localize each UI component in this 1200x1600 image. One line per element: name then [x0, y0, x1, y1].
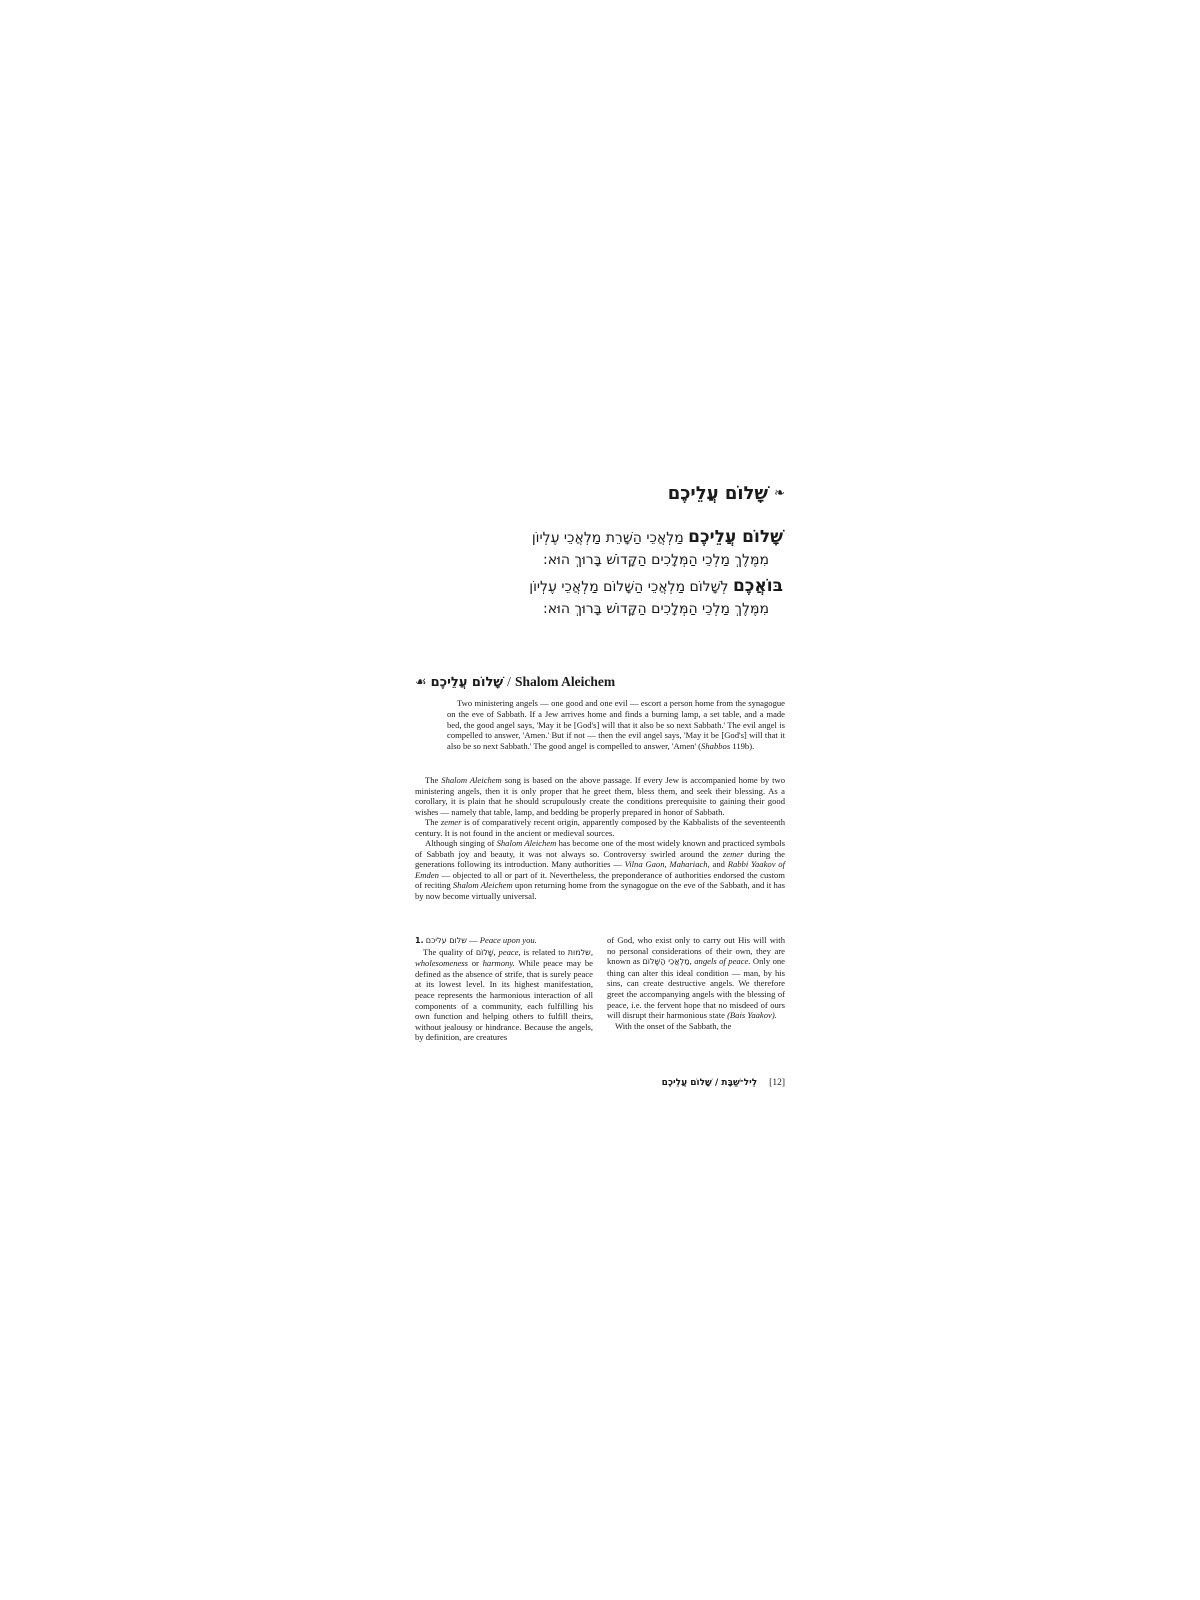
song-line: מִמֶּלֶךְ מַלְכֵי הַמְּלָכִים הַקָּדוֹשׁ…	[415, 598, 785, 620]
italic-text: Vilna Gaon, Mahariach,	[625, 859, 710, 869]
footnote-number: 1.	[415, 936, 424, 945]
text: —	[467, 935, 480, 945]
text: While peace may be defined as the absenc…	[415, 958, 593, 1042]
text: ,	[591, 947, 593, 957]
essay-paragraph: The Shalom Aleichem song is based on the…	[415, 775, 785, 817]
hebrew-word: שָׁלוֹם	[476, 948, 494, 957]
italic-text: zemer	[723, 849, 744, 859]
running-head: לֵיל־שַׁבָּת / שָׁלוֹם עֲלֵיכֶם	[662, 1078, 758, 1088]
italic-text: (Bais Yaakov).	[727, 1010, 777, 1020]
page-footer: לֵיל־שַׁבָּת / שָׁלוֹם עֲלֵיכֶם [12]	[662, 1078, 785, 1088]
song-line: בּוֹאֲכֶם לְשָׁלוֹם מַלְאֲכֵי הַשָּׁלוֹם…	[415, 575, 785, 598]
stanza-line-text: מַלְאֲכֵי הַשָּׁרֵת מַלְאֲכֵי עֶלְיוֹן	[532, 530, 688, 546]
italic-text: harmony.	[483, 958, 515, 968]
footnote-column-1: 1. שלום עליכם — Peace upon you. The qual…	[415, 935, 593, 1043]
book-page: שָׁלוֹם עֲלֵיכֶם ❧ שָׁלוֹם עֲלֵיכֶם מַלְ…	[415, 478, 785, 624]
italic-text: zemer	[441, 817, 462, 827]
commentary-heading: ☙ שָׁלוֹם עֲלֵיכֶם / Shalom Aleichem	[415, 674, 785, 690]
text: is of comparatively recent origin, appar…	[415, 817, 785, 838]
essay-paragraph: The zemer is of comparatively recent ori…	[415, 817, 785, 838]
stanza-lead-word: בּוֹאֲכֶם	[733, 576, 783, 596]
song-title-row: שָׁלוֹם עֲלֵיכֶם ❧	[415, 478, 785, 508]
song-line: שָׁלוֹם עֲלֵיכֶם מַלְאֲכֵי הַשָּׁרֵת מַל…	[415, 526, 785, 549]
lemma-english: Peace upon you.	[480, 935, 537, 945]
stanza-lead-word: שָׁלוֹם עֲלֵיכֶם	[688, 527, 783, 547]
hebrew-phrase: מַלְאֲכֵי הַשָּׁלוֹם	[642, 957, 689, 966]
italic-text: angels of peace.	[694, 956, 750, 966]
footnote-paragraph: of God, who exist only to carry out His …	[607, 935, 785, 1021]
song-line: מִמֶּלֶךְ מַלְכֵי הַמְּלָכִים הַקָּדוֹשׁ…	[415, 549, 785, 571]
stanza-line-text: לְשָׁלוֹם מַלְאֲכֵי הַשָּׁלוֹם מַלְאֲכֵי…	[529, 579, 733, 595]
lemma-hebrew: שלום עליכם	[426, 936, 467, 945]
song-stanza-1: שָׁלוֹם עֲלֵיכֶם מַלְאֲכֵי הַשָּׁרֵת מַל…	[415, 526, 785, 571]
footnote-paragraph: The quality of שָׁלוֹם, peace, is relate…	[415, 947, 593, 1043]
text: The	[425, 817, 441, 827]
essay-paragraph: Although singing of Shalom Aleichem has …	[415, 838, 785, 901]
italic-text: Shalom Aleichem	[453, 880, 513, 890]
text: or	[468, 958, 483, 968]
italic-text: Shalom Aleichem	[441, 775, 502, 785]
hebrew-word: שלמות	[568, 948, 591, 957]
text: and	[710, 859, 728, 869]
quote-source-title: Shabbos	[701, 741, 730, 751]
italic-text: wholesomeness	[415, 958, 468, 968]
fleuron-icon: ☙	[415, 675, 427, 690]
footnote-lemma: 1. שלום עליכם — Peace upon you.	[415, 935, 593, 947]
quote-source-ref: 119b).	[732, 741, 754, 751]
commentary-essay: The Shalom Aleichem song is based on the…	[415, 775, 785, 901]
title-separator: /	[507, 674, 511, 690]
song-text: שָׁלוֹם עֲלֵיכֶם מַלְאֲכֵי הַשָּׁרֵת מַל…	[415, 526, 785, 620]
fleuron-icon: ❧	[774, 486, 785, 501]
italic-text: Shalom Aleichem	[497, 838, 557, 848]
text: The quality of	[423, 947, 476, 957]
text: is related to	[521, 947, 568, 957]
footnotes: 1. שלום עליכם — Peace upon you. The qual…	[415, 935, 785, 1043]
text: The	[425, 775, 441, 785]
commentary-title-english: Shalom Aleichem	[515, 674, 615, 690]
footnote-paragraph: With the onset of the Sabbath, the	[607, 1021, 785, 1032]
italic-text: peace,	[499, 947, 521, 957]
commentary-title-hebrew: שָׁלוֹם עֲלֵיכֶם	[431, 675, 504, 690]
song-title-hebrew: שָׁלוֹם עֲלֵיכֶם	[668, 483, 768, 504]
talmud-quote: Two ministering angels — one good and on…	[447, 698, 785, 752]
song-stanza-2: בּוֹאֲכֶם לְשָׁלוֹם מַלְאֲכֵי הַשָּׁלוֹם…	[415, 575, 785, 620]
footnote-column-2: of God, who exist only to carry out His …	[607, 935, 785, 1043]
text: Although singing of	[425, 838, 497, 848]
page-number: [12]	[769, 1078, 785, 1088]
